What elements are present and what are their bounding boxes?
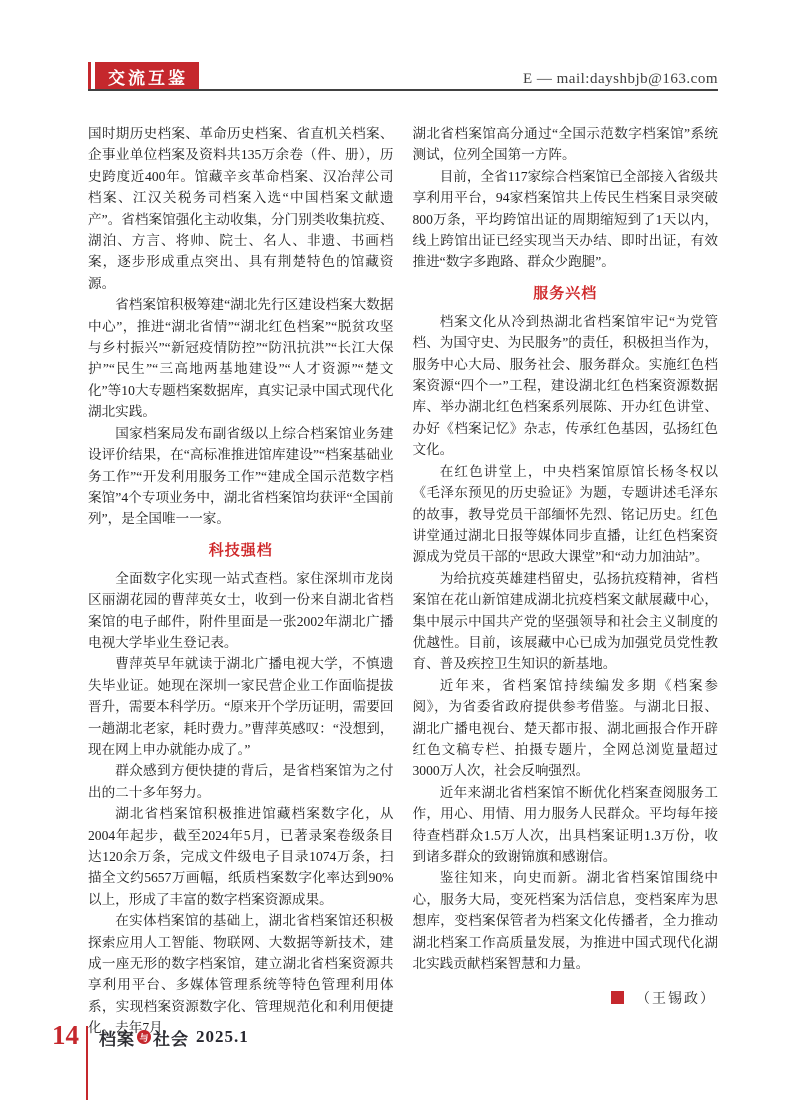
magazine-logo-suffix: 社会: [153, 1025, 189, 1050]
article-body: 国时期历史档案、革命历史档案、省直机关档案、企事业单位档案及资料共135万余卷（…: [88, 123, 718, 1039]
byline-square-icon: [611, 991, 624, 1004]
body-paragraph: 在红色讲堂上，中央档案馆原馆长杨冬权以《毛泽东预见的历史验证》为题，专题讲述毛泽…: [413, 461, 719, 568]
header-email: E — mail:dayshbjb@163.com: [523, 71, 718, 89]
page-number: 14: [52, 1020, 79, 1051]
body-paragraph: 档案文化从冷到热湖北省档案馆牢记“为党管档、为国守史、为民服务”的责任，积极担当…: [413, 311, 719, 461]
body-paragraph: 鉴往知来，向史而新。湖北省档案馆围绕中心，服务大局，变死档案为活信息，变档案库为…: [413, 867, 719, 974]
body-paragraph: 湖北省档案馆高分通过“全国示范数字档案馆”系统测试，位列全国第一方阵。: [413, 123, 719, 166]
magazine-page: 交流互鉴 E — mail:dayshbjb@163.com 国时期历史档案、革…: [0, 0, 805, 1100]
body-paragraph: 群众感到方便快捷的背后，是省档案馆为之付出的二十多年努力。: [88, 760, 394, 803]
body-paragraph: 全面数字化实现一站式查档。家住深圳市龙岗区丽湖花园的曹萍英女士，收到一份来自湖北…: [88, 568, 394, 654]
magazine-logo-accent: 与: [137, 1030, 151, 1044]
body-paragraph: 国家档案局发布副省级以上综合档案馆业务建设评价结果，在“高标准推进馆库建设”“档…: [88, 423, 394, 530]
badge-accent-bar: [88, 62, 91, 89]
magazine-logo: 档案与社会: [99, 1027, 189, 1047]
issue-number: 2025.1: [196, 1027, 249, 1047]
page-footer: 14 档案与社会 2025.1: [0, 1018, 805, 1100]
article-column-right: 湖北省档案馆高分通过“全国示范数字档案馆”系统测试，位列全国第一方阵。目前，全省…: [413, 123, 719, 1039]
section-heading: 服务兴档: [413, 282, 719, 303]
author-name: （王锡政）: [636, 992, 716, 1007]
section-badge: 交流互鉴: [95, 62, 199, 89]
body-paragraph: 国时期历史档案、革命历史档案、省直机关档案、企事业单位档案及资料共135万余卷（…: [88, 123, 394, 294]
body-paragraph: 湖北省档案馆积极推进馆藏档案数字化，从2004年起步，截至2024年5月，已著录…: [88, 803, 394, 910]
body-paragraph: 目前，全省117家综合档案馆已全部接入省级共享利用平台，94家档案馆共上传民生档…: [413, 166, 719, 273]
body-paragraph: 近年来湖北省档案馆不断优化档案查阅服务工作，用心、用情、用力服务人民群众。平均每…: [413, 782, 719, 868]
section-badge-group: 交流互鉴: [88, 62, 199, 89]
body-paragraph: 省档案馆积极筹建“湖北先行区建设档案大数据中心”，推进“湖北省情”“湖北红色档案…: [88, 294, 394, 422]
page-header: 交流互鉴 E — mail:dayshbjb@163.com: [88, 61, 718, 89]
header-rule: [88, 89, 718, 91]
magazine-logo-prefix: 档案: [99, 1025, 135, 1050]
author-byline: （王锡政）: [413, 988, 717, 1008]
section-heading: 科技强档: [88, 539, 394, 560]
body-paragraph: 曹萍英早年就读于湖北广播电视大学，不慎遗失毕业证。她现在深圳一家民营企业工作面临…: [88, 653, 394, 760]
body-paragraph: 近年来，省档案馆持续编发多期《档案参阅》，为省委省政府提供参考借鉴。与湖北日报、…: [413, 675, 719, 782]
body-paragraph: 为给抗疫英雄建档留史，弘扬抗疫精神，省档案馆在花山新馆建成湖北抗疫档案文献展藏中…: [413, 568, 719, 675]
article-column-left: 国时期历史档案、革命历史档案、省直机关档案、企事业单位档案及资料共135万余卷（…: [88, 123, 394, 1039]
footer-vertical-rule: [86, 1026, 88, 1100]
